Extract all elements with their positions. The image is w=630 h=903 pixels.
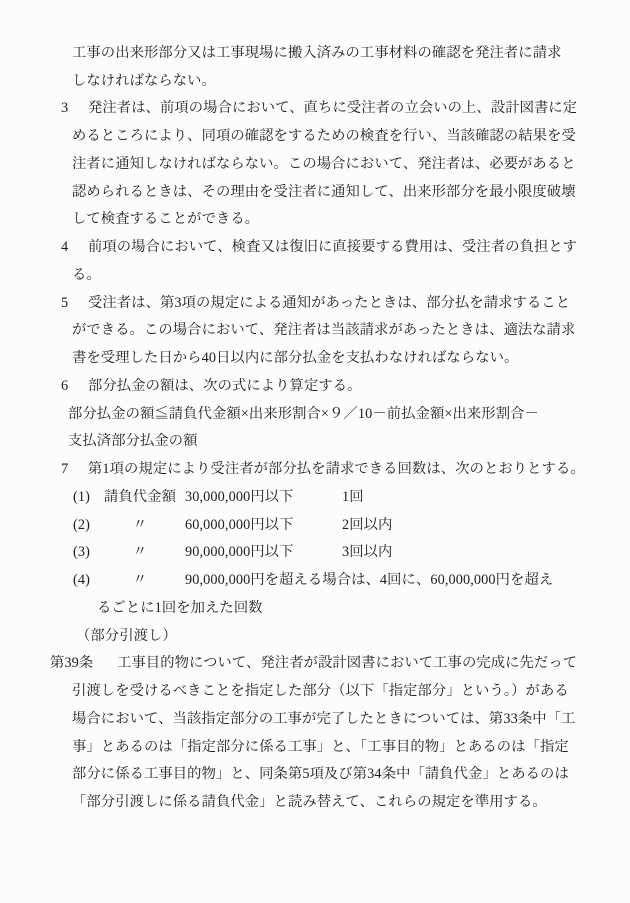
row-number: (4) (73, 566, 90, 594)
ditto-mark: 〃 (100, 511, 180, 539)
article-39-line: 事」とあるのは「指定部分に係る工事」と、「工事目的物」とあるのは「指定 (72, 733, 569, 761)
article-39-line: 部分に係る工事目的物」と、同条第5項及び第34条中「請負代金」とあるのは (72, 760, 569, 788)
payment-count-row-4: (4) 〃 90,000,000円を超える場合は、4回に、60,000,000円… (0, 566, 630, 594)
ditto-mark: 〃 (100, 566, 180, 594)
paragraph-line: 工事の出来形部分又は工事現場に搬入済みの工事材料の確認を発注者に請求 (72, 39, 562, 67)
row-label: 請負代金額 (100, 483, 180, 511)
clause-4-number: 4 (61, 233, 88, 261)
clause-3-number: 3 (61, 94, 88, 122)
count-text: 3回以内 (342, 538, 392, 566)
article-39-line: 引渡しを受けるべきことを指定した部分（以下「指定部分」という。）がある (72, 677, 569, 705)
clause-5-first-line: 5受注者は、第3項の規定による通知があったときは、部分払を請求すること (61, 289, 570, 317)
payment-count-row-2: (2) 〃 60,000,000円以下 2回以内 (0, 511, 630, 539)
clause-7-first-line: 7第1項の規定により受注者が部分払を請求できる回数は、次のとおりとする。 (61, 455, 585, 483)
clause-4-line: る。 (72, 261, 101, 289)
payment-count-row-3: (3) 〃 90,000,000円以下 3回以内 (0, 538, 630, 566)
clause-6-text: 部分払金の額は、次の式により算定する。 (88, 378, 362, 394)
clause-3-line: めるところにより、同項の確認をするための検査を行い、当該確認の結果を受 (72, 122, 576, 150)
clause-3-line: 認められるときは、その理由を受注者に通知して、出来形部分を最小限度破壊 (72, 178, 576, 206)
formula-line: 支払済部分払金の額 (68, 427, 198, 455)
article-39-line: 「部分引渡しに係る請負代金」と読み替えて、これらの規定を準用する。 (72, 788, 547, 816)
payment-count-row-1: (1) 請負代金額 30,000,000円以下 1回 (0, 483, 630, 511)
article-39-first-line: 第39条工事目的物について、発注者が設計図書において工事の完成に先だって (50, 649, 577, 677)
amount-text: 90,000,000円以下 (185, 538, 294, 566)
amount-text: 90,000,000円を超える場合は、4回に、60,000,000円を超え (185, 566, 553, 594)
clause-3-line: 注者に通知しなければならない。この場合において、発注者は、必要があると (72, 150, 576, 178)
clause-6-first-line: 6部分払金の額は、次の式により算定する。 (61, 372, 362, 400)
row-number: (2) (73, 511, 90, 539)
clause-7-text: 第1項の規定により受注者が部分払を請求できる回数は、次のとおりとする。 (88, 461, 585, 477)
contract-document-page: 工事の出来形部分又は工事現場に搬入済みの工事材料の確認を発注者に請求 しなければ… (0, 0, 630, 903)
paragraph-line: しなければならない。 (72, 67, 216, 95)
article-39-line: 場合において、当該指定部分の工事が完了したときについては、第33条中「工 (72, 705, 575, 733)
article-39-number: 第39条 (50, 649, 117, 677)
clause-3-text: 発注者は、前項の場合において、直ちに受注者の立会いの上、設計図書に定 (88, 100, 577, 116)
clause-5-text: 受注者は、第3項の規定による通知があったときは、部分払を請求すること (88, 295, 570, 311)
article-39-text: 工事目的物について、発注者が設計図書において工事の完成に先だって (117, 655, 577, 671)
section-heading-partial-delivery: （部分引渡し） (76, 622, 177, 650)
clause-5-line: 書を受理した日から40日以内に部分払金を支払わなければならない。 (72, 344, 518, 372)
amount-text: 30,000,000円以下 (185, 483, 294, 511)
clause-4-first-line: 4前項の場合において、検査又は復旧に直接要する費用は、受注者の負担とす (61, 233, 577, 261)
clause-7-number: 7 (61, 455, 88, 483)
clause-3-first-line: 3発注者は、前項の場合において、直ちに受注者の立会いの上、設計図書に定 (61, 94, 577, 122)
count-text: 2回以内 (342, 511, 392, 539)
row-number: (1) (73, 483, 90, 511)
clause-5-line: ができる。この場合において、発注者は当該請求があったときは、適法な請求 (72, 316, 575, 344)
clause-6-number: 6 (61, 372, 88, 400)
amount-text: 60,000,000円以下 (185, 511, 294, 539)
clause-3-line: して検査することができる。 (72, 205, 259, 233)
row-number: (3) (73, 538, 90, 566)
clause-5-number: 5 (61, 289, 88, 317)
count-text: 1回 (342, 483, 364, 511)
clause-4-text: 前項の場合において、検査又は復旧に直接要する費用は、受注者の負担とす (88, 239, 577, 255)
payment-count-row-4-continuation: るごとに1回を加えた回数 (97, 594, 263, 622)
formula-line: 部分払金の額≦請負代金額×出来形割合×９／10－前払金額×出来形割合－ (68, 400, 539, 428)
ditto-mark: 〃 (100, 538, 180, 566)
